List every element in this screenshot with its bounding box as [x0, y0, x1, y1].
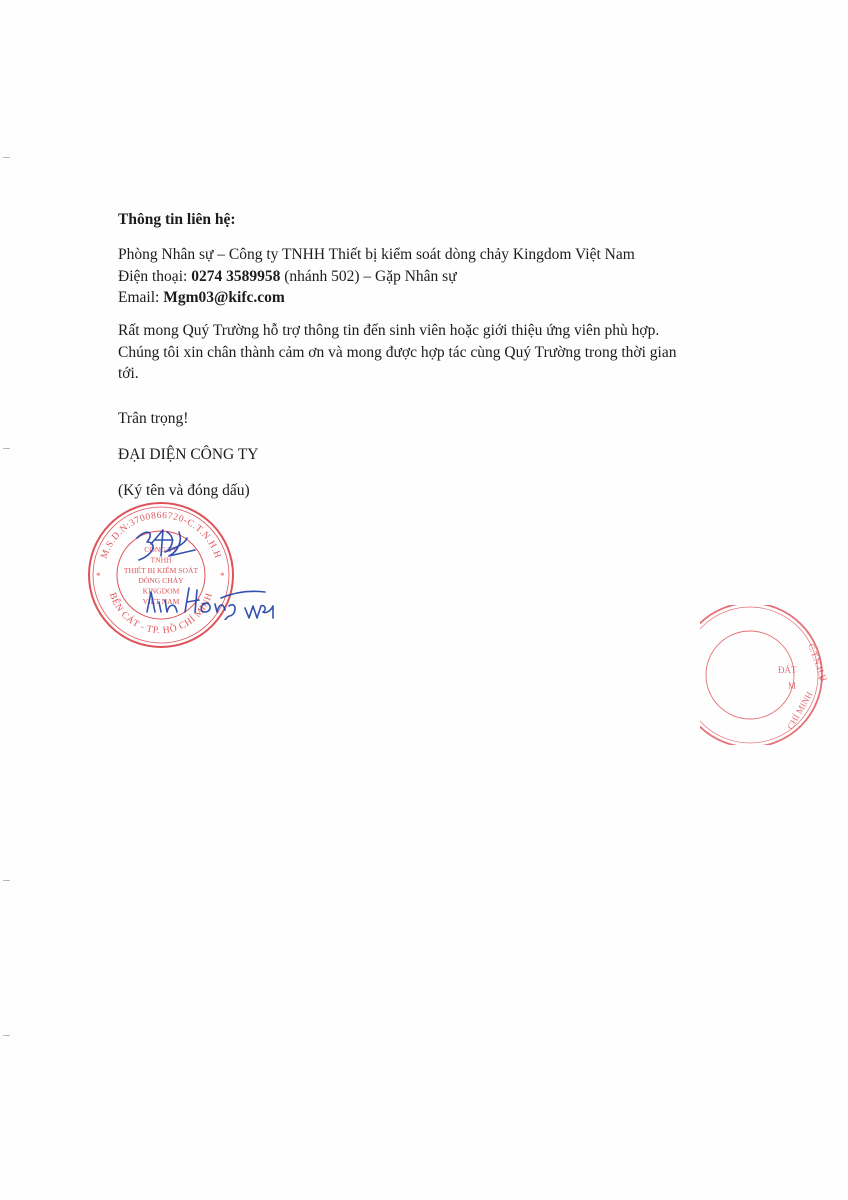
svg-text:*: *	[818, 675, 823, 685]
email-line: Email: Mgm03@kifc.com	[118, 287, 635, 309]
request-line: Rất mong Quý Trường hỗ trợ thông tin đến…	[118, 320, 676, 342]
document-page: Thông tin liên hệ: Phòng Nhân sự – Công …	[0, 0, 848, 1200]
svg-text:*: *	[96, 571, 101, 581]
email-label: Email:	[118, 289, 163, 306]
contact-heading: Thông tin liên hệ:	[118, 209, 236, 231]
representative-title: ĐẠI DIỆN CÔNG TY	[118, 444, 259, 466]
svg-text:ĐÁT: ĐÁT	[778, 665, 797, 675]
closing-text: Trân trọng!	[118, 408, 188, 430]
svg-text:CHÍ MINH: CHÍ MINH	[785, 689, 815, 731]
email-value: Mgm03@kifc.com	[163, 289, 285, 306]
department-line: Phòng Nhân sự – Công ty TNHH Thiết bị ki…	[118, 244, 635, 266]
phone-number: 0274 3589958	[191, 268, 280, 285]
contact-info: Phòng Nhân sự – Công ty TNHH Thiết bị ki…	[118, 244, 635, 309]
request-line: tới.	[118, 363, 676, 385]
request-paragraph: Rất mong Quý Trường hỗ trợ thông tin đến…	[118, 320, 676, 385]
signature-icon	[125, 520, 275, 620]
phone-label: Điện thoại:	[118, 268, 191, 285]
margin-mark	[3, 448, 10, 449]
svg-text:M: M	[788, 681, 796, 691]
sign-note: (Ký tên và đóng dấu)	[118, 480, 250, 502]
partial-stamp-icon: ĐÁT M C.T.N.H.H CHÍ MINH *	[700, 605, 840, 745]
margin-mark	[3, 157, 10, 158]
request-line: Chúng tôi xin chân thành cảm ơn và mong …	[118, 342, 676, 364]
phone-line: Điện thoại: 0274 3589958 (nhánh 502) – G…	[118, 266, 635, 288]
phone-suffix: (nhánh 502) – Gặp Nhân sự	[280, 268, 456, 285]
margin-mark	[3, 880, 10, 881]
margin-mark	[3, 1035, 10, 1036]
